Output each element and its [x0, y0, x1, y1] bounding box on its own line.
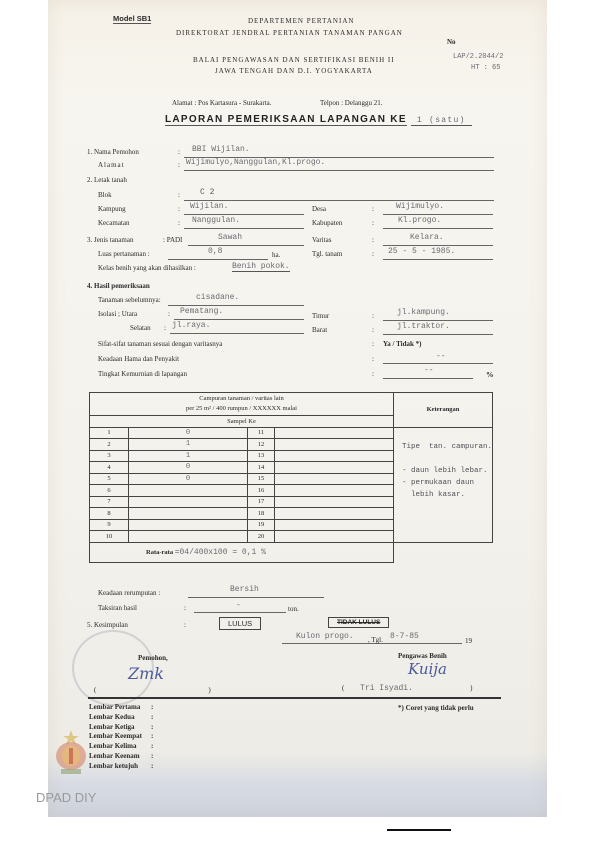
copy-distribution-list: Lembar Pertama:Lembar Kedua:Lembar Ketig… — [89, 703, 153, 772]
desa-value: Wijimulyo. — [396, 202, 444, 211]
copy-list-item: Lembar Kedua: — [89, 713, 153, 723]
sample-value — [129, 519, 248, 531]
kampung-value: Wijilan. — [190, 202, 228, 211]
date-value: 8-7-85 — [390, 632, 419, 641]
yield-estimate-value: - — [236, 601, 241, 610]
variety-label: Varitas — [312, 236, 331, 244]
east-label: Timur — [312, 312, 329, 320]
office-address: Alamat : Pos Kartasura - Surakarta. — [172, 99, 272, 107]
yield-unit: ton. — [288, 605, 299, 613]
purity-label: Tingkat Kemurnian di lapangan — [98, 370, 187, 378]
east-value: jl.kampung. — [397, 308, 450, 317]
year-suffix: 19 — [465, 637, 472, 645]
planting-date-label: Tgl. tanam — [312, 250, 342, 258]
sample-number: 19 — [248, 519, 275, 531]
variety-conformity-value: Ya / Tidak *) — [383, 340, 421, 348]
sample-number: 15 — [248, 473, 275, 485]
office-phone: Telpon : Delanggu 21. — [320, 99, 383, 107]
number-value: LAP/2.2044/2 — [453, 53, 503, 61]
region-title: JAWA TENGAH DAN D.I. YOGYAKARTA — [215, 67, 373, 75]
south-label: Selatan — [130, 324, 151, 332]
sample-value — [275, 519, 394, 531]
sample-value — [275, 531, 394, 543]
sample-value — [275, 485, 394, 497]
sample-value — [275, 439, 394, 451]
notes-line: - permukaan daun — [402, 477, 492, 489]
sample-value — [129, 485, 248, 497]
notes-line — [402, 453, 492, 465]
sample-value — [129, 508, 248, 520]
previous-crop-label: Tanaman sebelumnya: — [98, 296, 161, 304]
sample-number: 1 — [90, 427, 129, 439]
sample-number: 10 — [90, 531, 129, 543]
footer-divider — [88, 697, 501, 699]
applicant-name-label: 1. Nama Pemohon — [87, 148, 139, 156]
area-label: Luas pertanaman : — [98, 250, 150, 258]
average-row: Rata-rata =04/400x100 = 0,1 % — [90, 542, 394, 562]
notes-line: - daun lebih lebar. — [402, 465, 492, 477]
desa-label: Desa — [312, 205, 326, 213]
area-unit: ha. — [272, 251, 280, 259]
sample-value — [275, 496, 394, 508]
page-bottom-bar — [387, 829, 451, 831]
dept-title: DEPARTEMEN PERTANIAN — [248, 17, 354, 25]
report-title: LAPORAN PEMERIKSAAN LAPANGAN KE 1 (satu) — [165, 114, 472, 125]
kabupaten-value: Kl.progo. — [398, 216, 441, 225]
sample-value — [129, 531, 248, 543]
yield-estimate-label: Taksiran hasil — [98, 604, 137, 612]
inspector-name-bracket: ( Tri Isyadi.) — [342, 684, 472, 693]
applicant-sign-label: Pemohon, — [138, 654, 168, 662]
kecamatan-value: Nanggulan. — [192, 216, 240, 225]
sample-header: Sampel Ke — [90, 416, 394, 428]
watermark-text: DPAD DIY — [36, 790, 96, 805]
kecamatan-label: Kecamatan — [98, 219, 129, 227]
inspector-sign-label: Pengawas Benih — [398, 652, 447, 660]
directorate-title: DIREKTORAT JENDRAL PERTANIAN TANAMAN PAN… — [176, 29, 403, 37]
applicant-name-value: BBI Wijilan. — [192, 145, 250, 154]
crop-type-value: Sawah — [218, 233, 242, 242]
sample-number: 18 — [248, 508, 275, 520]
west-value: jl.traktor. — [397, 322, 450, 331]
south-value: jl.raya. — [172, 321, 210, 330]
sample-number: 7 — [90, 496, 129, 508]
area-value: 0,8 — [208, 247, 222, 256]
sample-number: 4 — [90, 462, 129, 474]
copy-list-item: Lembar Keempat: — [89, 732, 153, 742]
sample-value — [129, 496, 248, 508]
report-title-text: LAPORAN PEMERIKSAAN LAPANGAN KE — [165, 114, 407, 126]
sample-value — [275, 508, 394, 520]
sample-number: 20 — [248, 531, 275, 543]
notes-header: Keterangan — [394, 393, 493, 428]
copy-list-item: Lembar Ketiga: — [89, 723, 153, 733]
report-number: 1 (satu) — [411, 116, 472, 126]
seed-class-value: Benih pokok. — [232, 262, 290, 272]
isolation-north-value: Pematang. — [180, 307, 223, 316]
address-value: Wijimulyo,Nanggulan,Kl.progo. — [186, 158, 325, 167]
weeds-value: Bersih — [230, 585, 259, 594]
applicant-signature: Zmk — [128, 664, 164, 683]
place-value: Kulon progo. — [296, 632, 354, 641]
address-label: Alamat — [98, 161, 125, 169]
sample-value: 0 — [129, 427, 248, 439]
copy-list-item: Lembar ketujuh: — [89, 762, 153, 772]
sample-number: 6 — [90, 485, 129, 497]
table-row: 1011 — [90, 427, 493, 439]
sample-value: 0 — [129, 462, 248, 474]
sample-value: 0 — [129, 473, 248, 485]
number-label: No — [447, 38, 456, 46]
purity-value: -- — [424, 366, 434, 375]
seed-class-label: Kelas benih yang akan dihasilkan : — [98, 264, 196, 272]
sample-value — [275, 427, 394, 439]
kabupaten-label: Kabupaten — [312, 219, 342, 227]
block-label: Blok — [98, 191, 112, 199]
notes-line: Tipe tan. campuran. — [402, 441, 492, 453]
pest-label: Keadaan Hama dan Penyakit — [98, 355, 179, 363]
variety-value: Kelara. — [410, 233, 444, 242]
inspection-result-label: 4. Hasil pemeriksaan — [87, 282, 150, 290]
date-label: , Tgl. — [368, 636, 383, 644]
pass-box: LULUS — [219, 617, 261, 630]
purity-unit: % — [486, 370, 494, 379]
west-label: Barat — [312, 326, 327, 334]
isolation-north-label: Isolasi ; Utara — [98, 310, 137, 318]
applicant-name-bracket: () — [94, 686, 211, 694]
office-title: BALAI PENGAWASAN DAN SERTIFIKASI BENIH I… — [193, 56, 395, 64]
sample-value — [275, 473, 394, 485]
fail-box-struck: TIDAK LULUS — [328, 617, 389, 628]
variety-conformity-label: Sifat-sifat tanaman sesuai dengan varita… — [98, 340, 222, 348]
kampung-label: Kampung — [98, 205, 126, 213]
sample-value: 1 — [129, 450, 248, 462]
land-location-label: 2. Letak tanah — [87, 176, 127, 184]
sample-number: 12 — [248, 439, 275, 451]
number-value-2: HT : 65 — [471, 64, 500, 72]
model-label: Model SB1 — [113, 14, 151, 24]
sample-number: 5 — [90, 473, 129, 485]
sample-number: 16 — [248, 485, 275, 497]
block-value: C 2 — [200, 188, 214, 197]
sample-value — [275, 462, 394, 474]
copy-list-item: Lembar Pertama: — [89, 703, 153, 713]
strike-note: *) Coret yang tidak perlu — [398, 704, 474, 712]
notes-line: lebih kasar. — [402, 489, 492, 501]
sample-value — [275, 450, 394, 462]
sample-number: 3 — [90, 450, 129, 462]
weeds-label: Keadaan rerumputan : — [98, 589, 160, 597]
pest-value: -- — [436, 352, 446, 361]
previous-crop-value: cisadane. — [196, 293, 239, 302]
crop-type-prefix: : PADI — [163, 236, 182, 244]
copy-list-item: Lembar Keenam: — [89, 752, 153, 762]
sample-number: 13 — [248, 450, 275, 462]
sample-number: 17 — [248, 496, 275, 508]
sample-number: 9 — [90, 519, 129, 531]
inspector-signature: Kuija — [408, 660, 447, 678]
mixture-header: Campuran tanaman / varitas lain per 25 m… — [90, 393, 394, 416]
sample-number: 14 — [248, 462, 275, 474]
sample-number: 2 — [90, 439, 129, 451]
conclusion-label: 5. Kesimpulan — [87, 621, 128, 629]
planting-date-value: 25 - 5 - 1985. — [388, 247, 455, 256]
crop-type-label: 3. Jenis tanaman — [87, 236, 133, 244]
copy-list-item: Lembar Kelima: — [89, 742, 153, 752]
notes-text: Tipe tan. campuran.- daun lebih lebar.- … — [402, 441, 492, 501]
regional-emblem-icon — [52, 728, 90, 776]
sample-number: 8 — [90, 508, 129, 520]
sample-value: 1 — [129, 439, 248, 451]
sample-number: 11 — [248, 427, 275, 439]
